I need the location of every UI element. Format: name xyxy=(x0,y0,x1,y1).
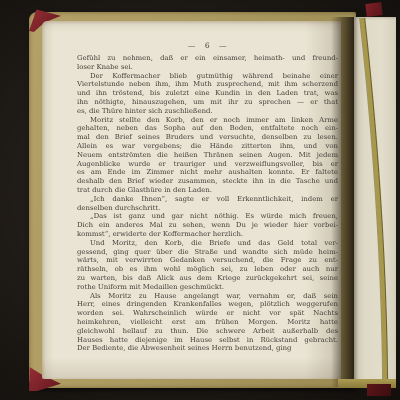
text-line: Dich ein anderes Mal zu sehen, wenn Du j… xyxy=(77,221,338,230)
page-number-header: —6— xyxy=(77,41,338,51)
page-number: 6 xyxy=(205,41,210,50)
text-line: Hauses hatte diejenige im Hause selbst i… xyxy=(77,336,338,345)
text-line: Moritz stellte den Korb, den er noch imm… xyxy=(77,116,338,125)
leather-corner-bottom-right xyxy=(367,384,391,396)
gutter-shadow xyxy=(331,17,356,387)
header-dash-left: — xyxy=(188,41,196,50)
text-line: es, die Thüre hinter sich zuschließend. xyxy=(77,107,338,116)
text-line: wärts, mit verwirrten Gedanken versuchen… xyxy=(77,256,338,265)
text-line: es am Ende im Zimmer nicht mehr aushalte… xyxy=(77,168,338,177)
text-line: denselben durchschritt. xyxy=(77,204,338,213)
text-column: Gefühl zu nehmen, daß er ein einsamer, h… xyxy=(77,54,338,356)
text-line: zu warten, bis daß Alick aus dem Kriege … xyxy=(77,274,338,283)
paragraph: Der Koffermacher blieb gutmüthig während… xyxy=(77,72,338,116)
text-line: loser Knabe sei. xyxy=(77,63,338,72)
text-line: worden sei. Wahrscheinlich würde er nich… xyxy=(77,309,338,318)
text-line: gehalten, neben das Sopha auf den Boden,… xyxy=(77,124,338,133)
text-line: Der Bediente, die Abwesenheit seines Her… xyxy=(77,344,338,353)
text-line: räthseln, ob es ihm wohl möglich sei, zu… xyxy=(77,265,338,274)
paragraph: Gefühl zu nehmen, daß er ein einsamer, h… xyxy=(77,54,338,72)
paragraph: Moritz stellte den Korb, den er noch imm… xyxy=(77,116,338,195)
header-dash-right: — xyxy=(219,41,227,50)
text-line: mal den Brief seines Bruders und versuch… xyxy=(77,133,338,142)
text-line: Viertelstunde neben ihm, ihm Muth zuspre… xyxy=(77,80,338,89)
text-line: ihn nöthigte, hinauszugehen, um mit ihr … xyxy=(77,98,338,107)
text-line: Gefühl zu nehmen, daß er ein einsamer, h… xyxy=(77,54,338,63)
text-line: und ihn tröstend, bis zuletzt eine Kundi… xyxy=(77,89,338,98)
text-line: Allein es war vergebens; die Hände zitte… xyxy=(77,142,338,151)
facing-page-edge xyxy=(354,17,396,387)
text-line: Und Moritz, den Korb, die Briefe und das… xyxy=(77,239,338,248)
book-photo: —6— Gefühl zu nehmen, daß er ein einsame… xyxy=(0,0,400,400)
text-line: heimkehren, vielleicht erst am frühen Mo… xyxy=(77,318,338,327)
text-line: gessend, ging quer über die Straße und w… xyxy=(77,248,338,257)
text-line: gleichwohl hellauf zu thun. Die schwere … xyxy=(77,327,338,336)
text-line: Herr, eines dringenden Krankenfalles weg… xyxy=(77,300,338,309)
text-line: deshalb den Brief wieder zusammen, steck… xyxy=(77,177,338,186)
text-line: Der Koffermacher blieb gutmüthig während… xyxy=(77,72,338,81)
text-line: Neuem entströmten die heißen Thränen sei… xyxy=(77,151,338,160)
leather-corner-top-right xyxy=(365,2,382,17)
paragraph: „Das ist ganz und gar nicht nöthig. Es w… xyxy=(77,212,338,238)
text-line: trat durch die Glasthüre in den Laden. xyxy=(77,186,338,195)
text-line: rothe Uniform mit Medaillen geschmückt. xyxy=(77,283,338,292)
text-line: Als Moritz zu Hause angelangt war, verna… xyxy=(77,292,338,301)
paragraph: „Ich danke Ihnen“, sagte er voll Erkennt… xyxy=(77,195,338,213)
text-line: kommst“, erwiderte der Koffermacher herz… xyxy=(77,230,338,239)
text-line: „Ich danke Ihnen“, sagte er voll Erkennt… xyxy=(77,195,338,204)
text-line: Augenblicke wurde er trauriger und verzw… xyxy=(77,160,338,169)
paragraph: Als Moritz zu Hause angelangt war, verna… xyxy=(77,292,338,354)
text-line: „Das ist ganz und gar nicht nöthig. Es w… xyxy=(77,212,338,221)
gilt-edge-line xyxy=(354,17,396,387)
paragraph: Und Moritz, den Korb, die Briefe und das… xyxy=(77,239,338,292)
